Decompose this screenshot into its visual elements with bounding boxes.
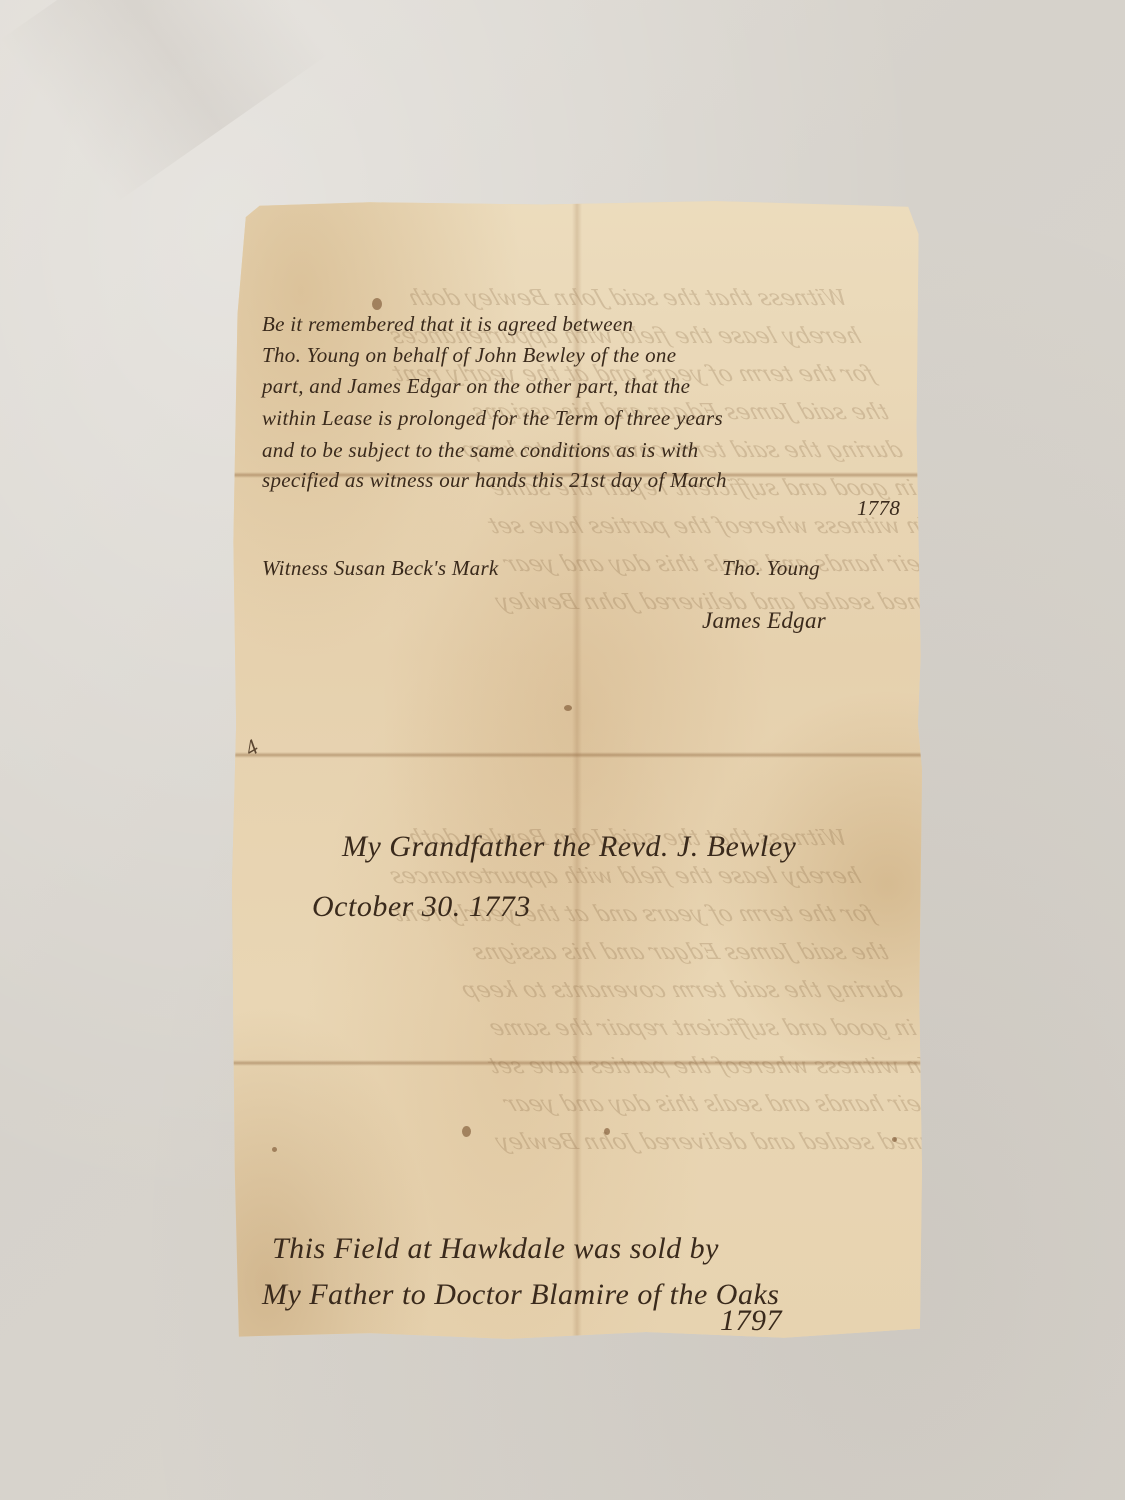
lease-line-6: specified as witness our hands this 21st… xyxy=(262,468,727,493)
annotation-date: October 30. 1773 xyxy=(312,890,531,924)
manuscript-page: Witness that the said John Bewley doth h… xyxy=(232,200,922,1340)
lease-line-3: part, and James Edgar on the other part,… xyxy=(262,374,690,399)
lease-line-1: Be it remembered that it is agreed betwe… xyxy=(262,312,633,337)
annotation-field-sold: This Field at Hawkdale was sold by xyxy=(272,1232,719,1266)
annotation-grandfather: My Grandfather the Revd. J. Bewley xyxy=(342,830,796,864)
lease-line-2: Tho. Young on behalf of John Bewley of t… xyxy=(262,343,676,368)
ink-stain xyxy=(604,1128,610,1135)
annotation-year: 1797 xyxy=(720,1304,782,1338)
cloth-fold-shadow xyxy=(0,0,328,204)
ink-stain xyxy=(892,1137,897,1142)
witness-mark: Witness Susan Beck's Mark xyxy=(262,556,499,581)
lease-line-5: and to be subject to the same conditions… xyxy=(262,438,698,463)
ink-stain xyxy=(462,1126,471,1137)
vertical-fold xyxy=(572,200,582,1340)
ink-stain xyxy=(564,705,572,711)
annotation-buyer: My Father to Doctor Blamire of the Oaks xyxy=(262,1278,779,1312)
signature-tho-young: Tho. Young xyxy=(722,556,820,581)
lease-year: 1778 xyxy=(857,496,900,521)
ink-stain xyxy=(372,298,382,310)
lease-line-4: within Lease is prolonged for the Term o… xyxy=(262,406,723,431)
signature-james-edgar: James Edgar xyxy=(702,608,826,634)
ink-stain xyxy=(272,1147,277,1152)
